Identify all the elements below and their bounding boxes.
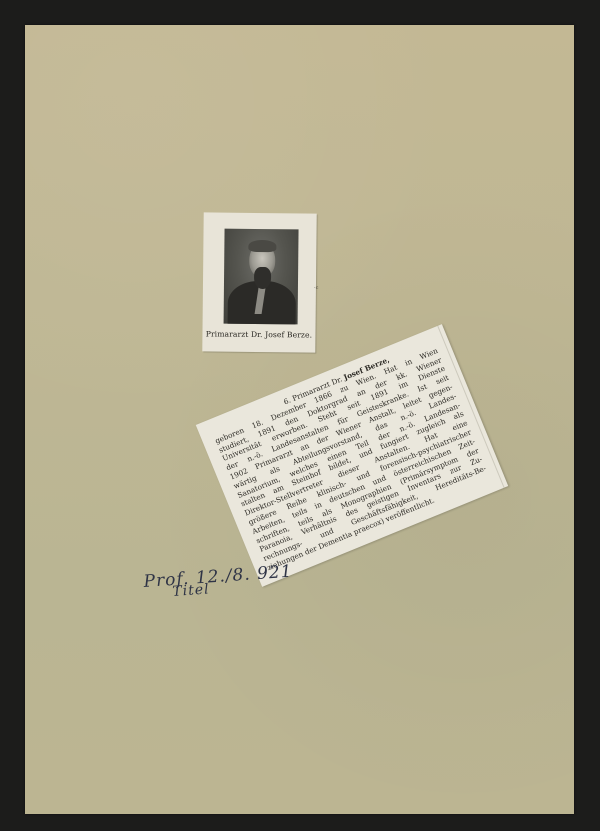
portrait-caption: Primararzt Dr. Josef Berze. xyxy=(202,329,315,339)
portrait-photo xyxy=(224,229,299,325)
scan-background: Primararzt Dr. Josef Berze. ·c 6. Primar… xyxy=(0,0,600,831)
side-mark: ·c xyxy=(314,285,318,291)
portrait-card: Primararzt Dr. Josef Berze. xyxy=(202,212,316,352)
portrait-hair xyxy=(248,240,276,252)
